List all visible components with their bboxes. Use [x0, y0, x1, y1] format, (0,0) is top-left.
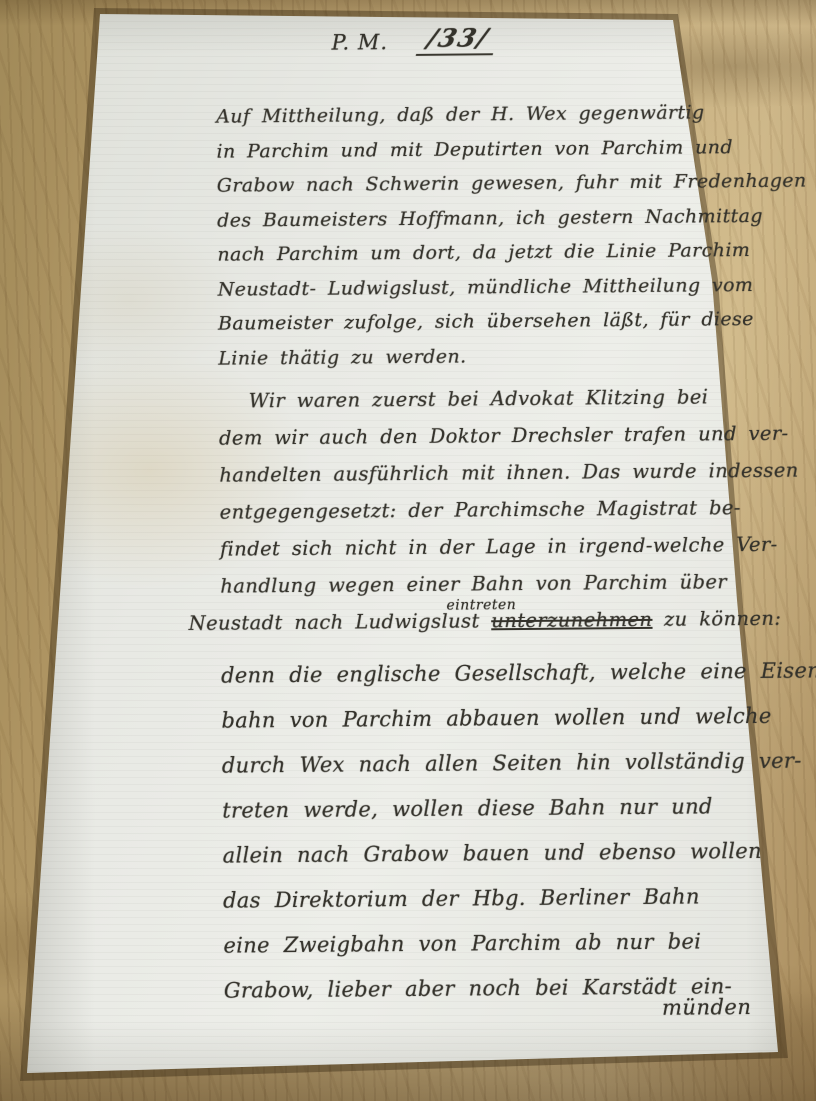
manuscript-line: des Baumeisters Hoffmann, ich gestern Na…	[217, 199, 729, 238]
manuscript-line: durch Wex nach allen Seiten hin vollstän…	[222, 739, 734, 788]
manuscript-line: denn die englische Gesellschaft, welche …	[221, 649, 733, 698]
manuscript-line: Grabow, lieber aber noch bei Karstädt ei…	[224, 964, 736, 1013]
manuscript-line: allein nach Grabow bauen und ebenso woll…	[222, 829, 734, 878]
inserted-correction: eintreten	[446, 587, 516, 625]
manuscript-line: eine Zweigbahn von Parchim ab nur bei	[223, 919, 735, 968]
manuscript-line: in Parchim und mit Deputirten von Parchi…	[216, 130, 728, 169]
manuscript-line: handelten ausführlich mit ihnen. Das wur…	[219, 452, 731, 493]
manuscript-line: dem wir auch den Doktor Drechsler trafen…	[219, 415, 731, 456]
manuscript-line: entgegengesetzt: der Parchimsche Magistr…	[219, 489, 731, 530]
manuscript-line-with-correction: Neustadt nach Ludwigslust unterzunehmene…	[188, 600, 732, 642]
manuscript-line: Baumeister zufolge, sich übersehen läßt,…	[218, 302, 730, 341]
manuscript-line: nach Parchim um dort, da jetzt die Linie…	[217, 233, 729, 272]
manuscript-line: Auf Mittheilung, daß der H. Wex gegenwär…	[216, 95, 728, 134]
manuscript-line: treten werde, wollen diese Bahn nur und	[222, 784, 734, 833]
catchword: münden	[662, 995, 752, 1020]
manuscript-line: Grabow nach Schwerin gewesen, fuhr mit F…	[217, 164, 729, 203]
manuscript-line: das Direktorium der Hbg. Berliner Bahn	[223, 874, 735, 923]
docket-label: P. M.	[331, 30, 388, 54]
folio-number: /33/	[416, 23, 501, 56]
manuscript-text: P. M. /33/ Auf Mittheilung, daß der H. W…	[0, 0, 816, 1101]
paragraph-1: Auf Mittheilung, daß der H. Wex gegenwär…	[216, 95, 730, 375]
manuscript-line: findet sich nicht in der Lage in irgend-…	[220, 526, 732, 567]
paragraph-3: denn die englische Gesellschaft, welche …	[221, 649, 736, 1013]
manuscript-line: Wir waren zuerst bei Advokat Klitzing be…	[219, 378, 731, 419]
paragraph-2: Wir waren zuerst bei Advokat Klitzing be…	[219, 378, 733, 641]
manuscript-line: Neustadt- Ludwigslust, mündliche Mitthei…	[218, 268, 730, 307]
letter-body: Auf Mittheilung, daß der H. Wex gegenwär…	[216, 95, 736, 1013]
manuscript-line: bahn von Parchim abbauen wollen und welc…	[221, 694, 733, 743]
manuscript-line: Linie thätig zu werden.	[218, 337, 730, 376]
correction-post-text: zu können:	[652, 607, 781, 631]
